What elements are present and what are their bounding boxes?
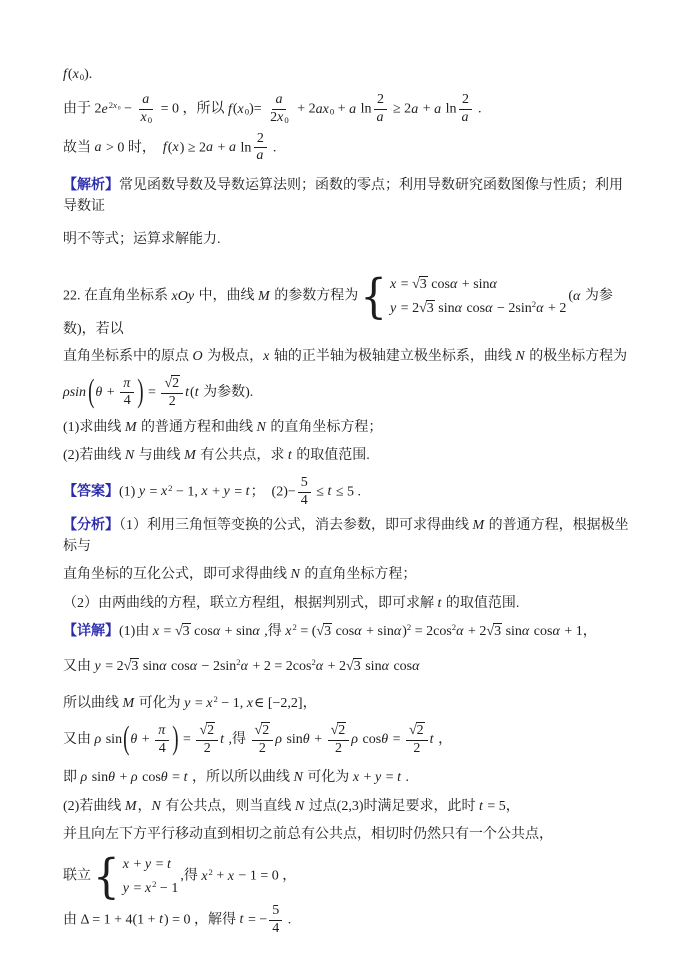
square-root: √2 [255,723,271,738]
text-run: = [389,732,404,747]
text-run: ) ≥ 2 [180,140,206,155]
radical-sign-icon: √ [199,723,206,738]
text-run: − 1 [156,881,178,896]
math-var: M [473,518,486,533]
text-run: 轴的正半轴为极轴建立极坐标系，曲线 [270,349,515,364]
square-root: √3 [486,624,502,639]
line-curve-m: 所以曲线 M 可化为 y = x2 − 1, x∈ [−2,2]， [63,693,633,714]
text-run: 3 [494,624,501,639]
denominator: a [253,148,267,165]
text-run: ,得 [180,869,201,884]
text-run: ). [84,67,92,82]
math-var: a [349,102,357,117]
line-polar-equation: ρsin(θ + π4) = √22t(t 为参数). [63,375,633,411]
math-var: M [184,448,197,463]
square-root: √2 [199,723,215,738]
big-paren: ) [172,716,178,764]
text-run: 的直角坐标方程； [267,420,383,435]
math-var: x [238,102,245,117]
text-run: ； (2)− [251,484,296,499]
math-var: M [125,420,138,435]
denominator: 2 [166,394,179,411]
text-run: cos [332,624,354,639]
math-var: N [257,420,267,435]
text-run: cos [359,732,381,747]
text-run: = [160,624,175,639]
text-run: 可化为 [135,696,184,711]
numerator: 2 [459,92,472,110]
numerator: √2 [406,722,428,741]
radical-sign-icon: √ [316,624,323,639]
math-var: M [125,799,138,814]
text-run: 即 [63,770,81,785]
cases-row: y = 2√3 sinα cosα − 2sin2α + 2 [390,298,566,319]
text-run: + 2 [544,301,566,316]
text-run: 2 [172,376,179,391]
text-run: 2 [207,723,214,738]
math-var: x [73,67,80,82]
math-var: e [102,102,109,117]
big-paren: ( [88,369,94,417]
denominator: 4 [156,741,169,758]
math-var: x [145,881,152,896]
square-root: √2 [409,723,425,738]
document-page: f(x0).由于 2e2x0 − ax0 = 0 ，所以 f(x0)= a2x0… [0,0,691,978]
text-run: ln [357,102,371,117]
text-run: 的直角坐标方程； [301,567,417,582]
text-run: 并且向左下方平行移动直到相切之前总有公共点，相切时仍然只有一个公共点， [63,827,553,842]
fraction: 54 [269,903,282,938]
text-run: 所以曲线 [63,696,123,711]
cases-rows: x = √3 cosα + sinαy = 2√3 sinα cosα − 2s… [390,274,566,319]
numerator: 5 [269,903,282,921]
math-var: α [190,659,198,674]
text-run: + [116,770,131,785]
fraction: 2a [253,131,267,166]
math-var: θ [381,732,389,747]
left-brace-icon: { [93,854,120,899]
radical-sign-icon: √ [486,624,493,639]
numerator: π [120,376,134,394]
text-run: ≤ 5 . [332,484,361,499]
text-run: sin [502,624,522,639]
text-run: 有公共点，则当直线 [162,799,295,814]
text-run: 4 [159,741,166,756]
text-run: = [169,770,184,785]
text-run: )= [249,102,265,117]
text-run: 2 [262,723,269,738]
text-run: 2 [257,131,264,146]
text-run: − 2sin [494,301,532,316]
line-question-1: (1)求曲线 M 的普通方程和曲线 N 的直角坐标方程； [63,417,633,438]
radicand: 2 [171,375,180,391]
text-run: cos [191,624,213,639]
numerator: a [272,92,286,110]
line-conclusion-a-positive: 故当 a > 0 时， f(x) ≥ 2a + a ln2a . [63,131,633,166]
text-run: sin [283,732,303,747]
text-run: ， [435,732,453,747]
text-run: 3 [420,277,427,292]
text-run: 又由 [63,732,95,747]
text-run: + 1， [561,624,597,639]
text-run: + [213,869,228,884]
numerator: √2 [196,722,218,741]
math-var: θ [108,770,116,785]
text-run: = 2cos [411,624,452,639]
numerator: 2 [254,131,267,149]
text-run: 与曲线 [135,448,184,463]
text-run: 为参数). [200,385,254,400]
superscript: 2x0 [109,100,121,110]
math-var: a [95,140,103,155]
radicand: 3 [419,276,428,292]
line-polar-transform: 又由 ρ sin(θ + π4) = √22t ,得 √22ρ sinθ + √… [63,722,633,758]
line-fenxi-3: （2）由两曲线的方程，联立方程组，根据判别式，即可求解 t 的取值范围. [63,593,633,614]
radicand: 2 [206,722,215,738]
text-run: = [130,881,145,896]
math-var: x [123,857,130,872]
radicand: 3 [493,623,502,639]
text-run: = [191,696,206,711]
math-var: y [139,484,146,499]
numerator: √2 [161,375,183,394]
text-run: 中，曲线 [195,289,258,304]
text-run: 4 [272,921,279,936]
text-run: ≥ 2 [390,102,412,117]
text-run: cos [390,659,412,674]
text-run: − 1, [218,696,247,711]
math-var: N [293,770,303,785]
text-run: cos [530,624,552,639]
math-var: α [252,624,260,639]
text-run: + [311,732,326,747]
line-problem-22-cont: 直角坐标系中的原点 O 为极点，x 轴的正半轴为极轴建立极坐标系，曲线 N 的极… [63,346,633,367]
radicand: 3 [426,300,435,316]
text-run: + [209,484,224,499]
text-run: 2 [377,92,384,107]
text-run: 由 Δ = 1 + 4(1 + [63,912,159,927]
text-run: (2)若曲线 [63,799,125,814]
math-var: θ [161,770,169,785]
math-var: x [153,624,160,639]
text-run: 的普通方程和曲线 [138,420,257,435]
text-run: cos [168,659,190,674]
radical-sign-icon: √ [409,723,416,738]
math-var: a [434,102,442,117]
math-var: α [485,301,493,316]
square-root: √3 [124,659,140,674]
text-run: ( [233,102,238,117]
math-var: a [461,110,469,125]
numerator: √2 [252,722,274,741]
square-root: √3 [419,301,435,316]
text-run: ， [138,799,152,814]
text-run: (1) [119,484,139,499]
section-label: 【详解】 [63,624,119,639]
text-run: ln [442,102,456,117]
radical-sign-icon: √ [331,723,338,738]
fraction: 54 [298,475,311,510]
text-run: cos [463,301,485,316]
text-run: ln [237,140,251,155]
text-run: 过点(2,3)时满足要求，此时 [305,799,479,814]
fraction: a2x0 [267,92,292,127]
math-var: ρsin [63,385,87,400]
text-run: = 5， [484,799,520,814]
big-paren: ) [137,369,143,417]
text-run: 3 [427,301,434,316]
text-run: 2 [335,741,342,756]
math-var: xOy [172,289,196,304]
math-var: x [247,696,254,711]
line-xiangjie-1: 【详解】(1)由 x = √3 cosα + sinα ,得 x2 = (√3 … [63,621,633,642]
math-var: N [125,448,135,463]
text-run: 3 [324,624,331,639]
fraction: √22 [161,375,183,411]
text-run: (1)求曲线 [63,420,125,435]
text-run: 故当 [63,140,95,155]
denominator: 2 [201,741,214,758]
text-run: + sin [363,624,394,639]
text-run: = 0 ，所以 [157,102,228,117]
text-run: . [269,140,276,155]
square-root: √3 [316,624,332,639]
text-run: . [284,912,291,927]
text-run: 由于 2 [63,102,102,117]
radicand: 3 [130,658,139,674]
cases-row: y = x2 − 1 [123,878,179,899]
square-root: √2 [164,376,180,391]
cases-group: {x + y = ty = x2 − 1 [93,854,178,899]
numerator: 2 [374,92,387,110]
line-curve-n: 即 ρ sinθ + ρ cosθ = t ，所以所以曲线 N 可化为 x + … [63,767,633,788]
subscript: 0 [148,115,152,125]
text-run: 2 [236,658,240,668]
math-var: x [201,869,208,884]
math-var: y [95,659,102,674]
math-var: y [145,857,152,872]
text-run: + 2 = 2cos [249,659,311,674]
square-root: √3 [175,624,191,639]
math-var: N [291,567,301,582]
text-run: 5 [272,903,279,918]
math-var: α [455,301,463,316]
math-var: α [159,659,167,674]
line-xiangjie-2: 又由 y = 2√3 sinα cosα − 2sin2α + 2 = 2cos… [63,656,633,677]
text-run: > 0 时， [103,140,163,155]
text-run: + [360,770,375,785]
radical-sign-icon: √ [346,659,353,674]
text-run: = 2 [102,659,124,674]
fraction: √22 [328,722,350,758]
text-run: ∈ [−2,2]， [254,696,317,711]
line-question-2: (2)若曲线 N 与曲线 M 有公共点，求 t 的取值范围. [63,445,633,466]
text-run: + 2 [294,102,316,117]
big-paren: ( [123,716,129,764]
square-root: √3 [412,277,428,292]
text-run: ,得 [261,624,286,639]
line-discriminant: 由 Δ = 1 + 4(1 + t) = 0 ，解得 t = −54 . [63,903,633,938]
math-var: a [275,92,283,107]
section-label: 【分析】 [63,518,119,533]
radical-sign-icon: √ [412,277,419,292]
text-run: 2 [413,741,420,756]
left-brace-icon: { [360,274,387,319]
math-var: t [167,857,172,872]
text-run: = 2 [397,301,419,316]
denominator: 2 [256,741,269,758]
text-run: 2 [259,741,266,756]
denominator: x0 [138,110,156,127]
text-run: = − [244,912,267,927]
text-run: = [145,385,160,400]
cases-row: x = √3 cosα + sinα [390,274,566,295]
text-run: 2 [204,741,211,756]
math-var: π [158,723,166,738]
text-run: + [214,140,229,155]
math-var: y [123,881,130,896]
math-var: x [172,140,179,155]
denominator: 4 [121,393,134,410]
text-run: 为极点， [204,349,264,364]
math-var: α [382,659,390,674]
math-var: α [213,624,221,639]
math-var: x [206,696,213,711]
math-var: ax [316,102,330,117]
text-run: 5 [301,475,308,490]
text-run: 的取值范围. [293,448,370,463]
line-jiexi-2: 明不等式；运算求解能力. [63,229,633,250]
section-label: 【解析】 [63,178,119,193]
denominator: 2x0 [267,110,292,127]
radicand: 2 [337,722,346,738]
text-run: 0 [284,115,288,125]
math-var: ρ [275,732,283,747]
math-var: α [354,624,362,639]
radicand: 3 [182,623,191,639]
line-fenxi-2: 直角坐标的互化公式，即可求得曲线 N 的直角坐标方程； [63,564,633,585]
text-run: ,得 [225,732,250,747]
math-var: x [228,869,235,884]
text-run: 联立 [63,869,91,884]
text-run: ( [68,67,73,82]
fraction: π4 [155,723,169,758]
text-run: 可化为 [304,770,353,785]
text-run: （2）由两曲线的方程，联立方程组，根据判别式，即可求解 [63,596,438,611]
line-problem-22: 22. 在直角坐标系 xOy 中，曲线 M 的参数方程为{x = √3 cosα… [63,274,633,340]
fraction: 2a [458,92,472,127]
text-run: 2 [338,723,345,738]
section-label: 【答案】 [63,484,119,499]
math-var: θ [303,732,311,747]
text-run: ，所以所以曲线 [188,770,293,785]
math-var: x [201,484,208,499]
math-var: a [229,140,237,155]
math-var: N [152,799,162,814]
text-run: . [402,770,409,785]
math-var: y [224,484,231,499]
radicand: 2 [416,722,425,738]
radical-sign-icon: √ [255,723,262,738]
text-run: = [231,484,246,499]
subscript: 0 [284,115,288,125]
text-run: ( [190,385,195,400]
text-run: sin [102,732,122,747]
math-var: a [411,102,419,117]
text-run: sin [362,659,382,674]
line-daan: 【答案】(1) y = x2 − 1, x + y = t； (2)−54 ≤ … [63,475,633,510]
math-var: M [123,696,136,711]
denominator: 4 [269,921,282,938]
radicand: 3 [353,658,362,674]
math-var: α [394,624,402,639]
radical-sign-icon: √ [164,376,171,391]
fraction: 2a [374,92,388,127]
text-run: 的参数方程为 [271,289,359,304]
text-run: = [180,732,195,747]
cases-rows: x + y = ty = x2 − 1 [123,854,179,899]
math-var: x [141,110,148,125]
denominator: a [374,110,388,127]
line-system: 联立{x + y = ty = x2 − 1,得 x2 + x − 1 = 0 … [63,854,633,899]
text-run: 直角坐标的互化公式，即可求得曲线 [63,567,291,582]
fraction: π4 [120,376,134,411]
text-run: + 2 [464,624,486,639]
line-derivation-inequality: 由于 2e2x0 − ax0 = 0 ，所以 f(x0)= a2x0 + 2ax… [63,92,633,127]
text-run: sin [88,770,108,785]
text-run: 3 [183,624,190,639]
square-root: √2 [331,723,347,738]
text-run: cos [139,770,161,785]
math-var: α [241,659,249,674]
line-part2-start: (2)若曲线 M，N 有公共点，则当直线 N 过点(2,3)时满足要求，此时 t… [63,796,633,817]
text-run: cos [428,277,450,292]
text-run: = [152,857,167,872]
math-var: x [353,770,360,785]
text-run: + sin [458,277,489,292]
text-run: − 1 = 0 ， [235,869,296,884]
numerator: √2 [328,722,350,741]
denominator: 4 [298,493,311,510]
denominator: a [458,110,472,127]
text-run: + 2 [324,659,346,674]
line-fenxi-1: 【分析】（1）利用三角恒等变换的公式，消去参数，即可求得曲线 M 的普通方程，根… [63,515,633,557]
denominator: 2 [332,741,345,758]
denominator: 2 [410,741,423,758]
text-run: 3 [354,659,361,674]
text-run: （1）利用三角恒等变换的公式，消去参数，即可求得曲线 [119,518,473,533]
text-run: 22. 在直角坐标系 [63,289,172,304]
radical-sign-icon: √ [175,624,182,639]
text-run: = ( [297,624,317,639]
math-var: ρ [131,770,139,785]
text-run: = [397,277,412,292]
text-run: = [382,770,397,785]
text-run: + [103,385,118,400]
text-run: 又由 [63,659,95,674]
text-run: − 2sin [198,659,236,674]
cases-row: x + y = t [123,854,179,875]
text-run: + [419,102,434,117]
line-fx0: f(x0). [63,64,633,85]
math-var: a [377,110,385,125]
fraction: √22 [196,722,218,758]
numerator: π [155,723,169,741]
text-run: + [334,102,349,117]
math-var: M [258,289,271,304]
text-run: 0 [148,115,152,125]
math-var: a [256,148,264,163]
